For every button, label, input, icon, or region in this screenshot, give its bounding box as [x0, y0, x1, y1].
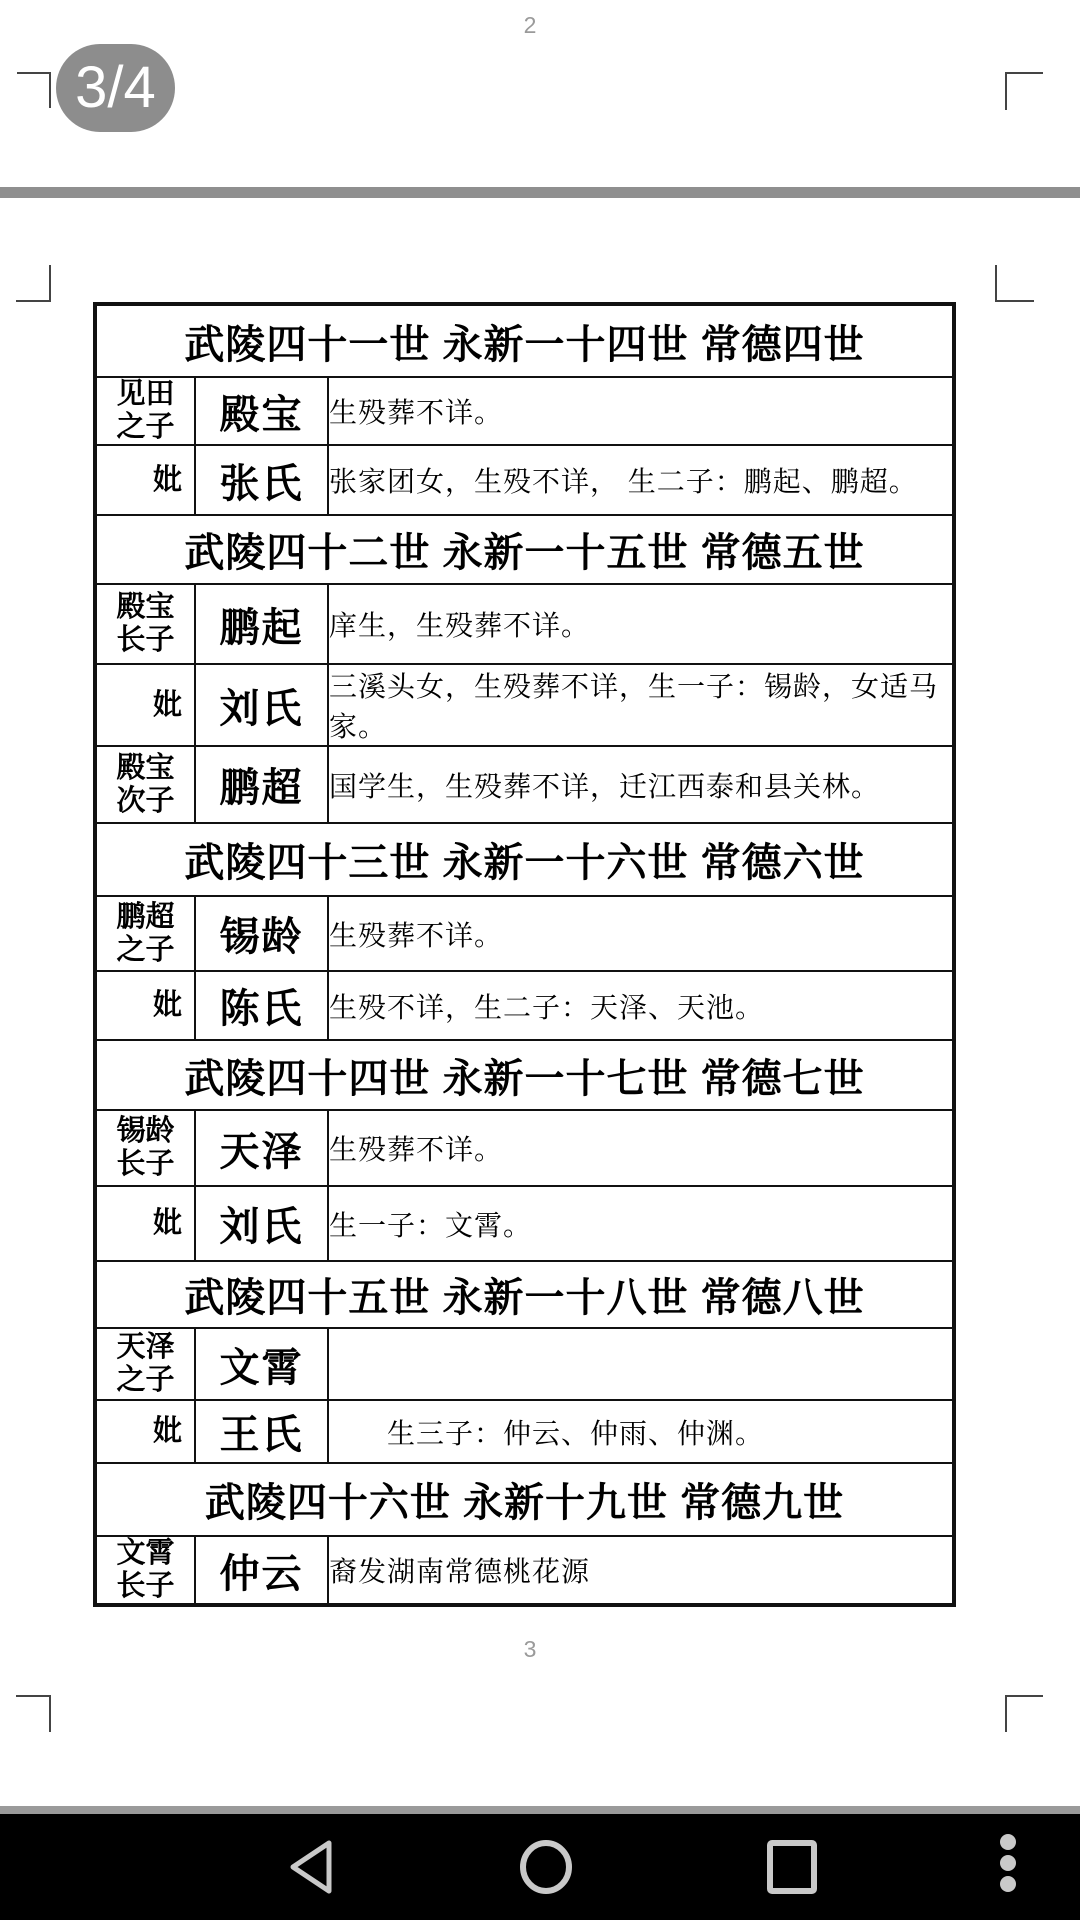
menu-dot	[1000, 1834, 1016, 1850]
relation-cell: 妣	[95, 971, 195, 1040]
person-row: 妣王氏 生三子：仲云、仲雨、仲渊。	[95, 1400, 954, 1463]
crop-mark-top-left	[17, 72, 51, 108]
generation-header: 武陵四十二世 永新一十五世 常德五世	[95, 515, 954, 584]
person-row: 妣刘氏生一子：文霄。	[95, 1186, 954, 1261]
person-name-cell: 鹏起	[195, 584, 328, 664]
generation-header-row: 武陵四十二世 永新一十五世 常德五世	[95, 515, 954, 584]
generation-header: 武陵四十四世 永新一十七世 常德七世	[95, 1040, 954, 1110]
generation-header-row: 武陵四十三世 永新一十六世 常德六世	[95, 823, 954, 896]
person-name-cell: 王氏	[195, 1400, 328, 1463]
page-divider-bar	[0, 187, 1080, 198]
person-name-cell: 仲云	[195, 1536, 328, 1605]
person-name-cell: 天泽	[195, 1110, 328, 1186]
relation-cell: 妣	[95, 1186, 195, 1261]
person-description-cell	[328, 1328, 954, 1400]
generation-header: 武陵四十一世 永新一十四世 常德四世	[95, 304, 954, 377]
person-description-cell: 生殁葬不详。	[328, 896, 954, 971]
person-name-cell: 张氏	[195, 445, 328, 515]
android-screen: { "page": { "badge": "3/4", "page_number…	[0, 0, 1080, 1920]
genealogy-table-body: 武陵四十一世 永新一十四世 常德四世见田 之子殿宝生殁葬不详。妣张氏张家团女，生…	[95, 304, 954, 1605]
relation-cell: 妣	[95, 664, 195, 746]
person-row: 妣陈氏生殁不详，生二子：天泽、天池。	[95, 971, 954, 1040]
person-name-cell: 锡龄	[195, 896, 328, 971]
person-description-cell: 生一子：文霄。	[328, 1186, 954, 1261]
person-name-cell: 刘氏	[195, 1186, 328, 1261]
person-row: 妣刘氏三溪头女，生殁葬不详，生一子：锡龄，女适马家。	[95, 664, 954, 746]
home-icon[interactable]	[519, 1840, 573, 1894]
person-name-cell: 鹏超	[195, 746, 328, 823]
person-description-cell: 生殁不详，生二子：天泽、天池。	[328, 971, 954, 1040]
back-icon[interactable]	[284, 1838, 336, 1896]
person-description-cell: 生殁葬不详。	[328, 1110, 954, 1186]
relation-cell: 文霄 长子	[95, 1536, 195, 1605]
page-indicator-badge: 3/4	[56, 44, 175, 132]
crop-mark-bottom-left	[16, 1695, 51, 1732]
relation-cell: 鹏超 之子	[95, 896, 195, 971]
generation-header: 武陵四十三世 永新一十六世 常德六世	[95, 823, 954, 896]
crop-mark-mid-right	[995, 265, 1034, 302]
person-row: 见田 之子殿宝生殁葬不详。	[95, 377, 954, 445]
person-description-cell: 生殁葬不详。	[328, 377, 954, 445]
overflow-menu-icon[interactable]	[1000, 1834, 1017, 1897]
page-number-top: 2	[0, 12, 1060, 39]
generation-header: 武陵四十六世 永新十九世 常德九世	[95, 1463, 954, 1536]
generation-header-row: 武陵四十四世 永新一十七世 常德七世	[95, 1040, 954, 1110]
person-row: 天泽 之子文霄	[95, 1328, 954, 1400]
person-row: 殿宝 次子鹏超国学生，生殁葬不详，迁江西泰和县关林。	[95, 746, 954, 823]
person-description-cell: 生三子：仲云、仲雨、仲渊。	[328, 1400, 954, 1463]
relation-cell: 锡龄 长子	[95, 1110, 195, 1186]
person-row: 文霄 长子仲云裔发湖南常德桃花源	[95, 1536, 954, 1605]
generation-header: 武陵四十五世 永新一十八世 常德八世	[95, 1261, 954, 1328]
crop-mark-bottom-right	[1005, 1695, 1043, 1732]
relation-cell: 天泽 之子	[95, 1328, 195, 1400]
generation-header-row: 武陵四十六世 永新十九世 常德九世	[95, 1463, 954, 1536]
person-row: 殿宝 长子鹏起庠生，生殁葬不详。	[95, 584, 954, 664]
person-description-cell: 三溪头女，生殁葬不详，生一子：锡龄，女适马家。	[328, 664, 954, 746]
person-row: 锡龄 长子天泽生殁葬不详。	[95, 1110, 954, 1186]
relation-cell: 妣	[95, 445, 195, 515]
person-name-cell: 文霄	[195, 1328, 328, 1400]
person-name-cell: 殿宝	[195, 377, 328, 445]
generation-header-row: 武陵四十五世 永新一十八世 常德八世	[95, 1261, 954, 1328]
relation-cell: 见田 之子	[95, 377, 195, 445]
person-description-cell: 裔发湖南常德桃花源	[328, 1536, 954, 1605]
person-name-cell: 刘氏	[195, 664, 328, 746]
generation-header-row: 武陵四十一世 永新一十四世 常德四世	[95, 304, 954, 377]
relation-cell: 妣	[95, 1400, 195, 1463]
person-description-cell: 张家团女，生殁不详， 生二子：鹏起、鹏超。	[328, 445, 954, 515]
relation-cell: 殿宝 次子	[95, 746, 195, 823]
nav-divider-strip	[0, 1806, 1080, 1814]
relation-cell: 殿宝 长子	[95, 584, 195, 664]
menu-dot	[1000, 1855, 1016, 1871]
person-row: 妣张氏张家团女，生殁不详， 生二子：鹏起、鹏超。	[95, 445, 954, 515]
person-description-cell: 庠生，生殁葬不详。	[328, 584, 954, 664]
person-name-cell: 陈氏	[195, 971, 328, 1040]
genealogy-table: 武陵四十一世 永新一十四世 常德四世见田 之子殿宝生殁葬不详。妣张氏张家团女，生…	[93, 302, 956, 1607]
menu-dot	[1000, 1876, 1016, 1892]
android-navigation-bar	[0, 1814, 1080, 1920]
person-row: 鹏超 之子锡龄生殁葬不详。	[95, 896, 954, 971]
person-description-cell: 国学生，生殁葬不详，迁江西泰和县关林。	[328, 746, 954, 823]
recents-icon[interactable]	[766, 1840, 818, 1894]
crop-mark-mid-left	[16, 265, 51, 302]
page-number-bottom: 3	[0, 1636, 1060, 1663]
crop-mark-top-right	[1005, 72, 1043, 110]
